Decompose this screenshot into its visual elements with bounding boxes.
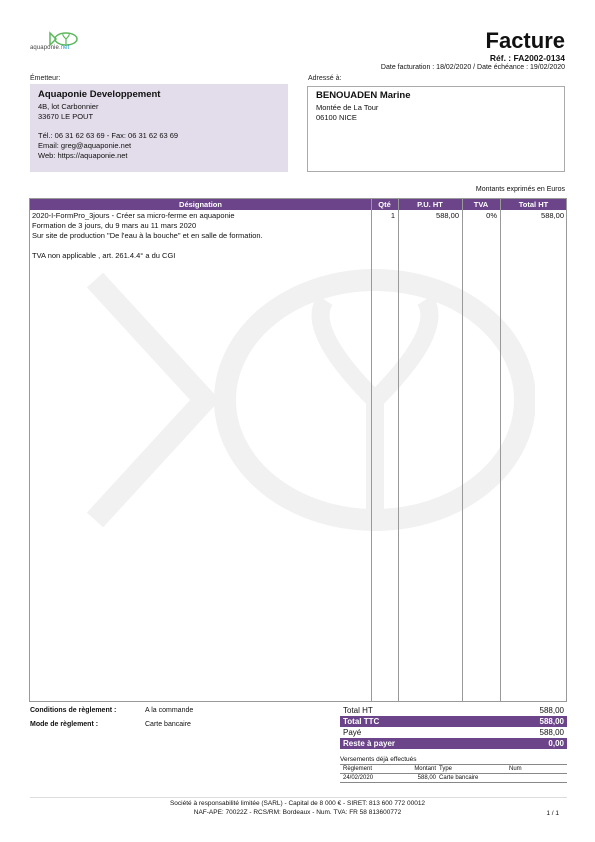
payments-table: Versements déjà effectués Règlement Mont…: [340, 756, 567, 783]
page-number: 1 / 1: [546, 810, 559, 817]
recipient-box: BENOUADEN Marine Montée de La Tour 06100…: [307, 86, 565, 172]
column-divider: [500, 199, 501, 701]
footer-divider: [30, 797, 567, 798]
remaining-row: Reste à payer0,00: [340, 738, 567, 749]
table-row: 2020-I-FormPro_3jours - Créer sa micro-f…: [32, 211, 370, 261]
total-ht-row: Total HT588,00: [340, 705, 567, 716]
column-divider: [462, 199, 463, 701]
designation-line: Formation de 3 jours, du 9 mars au 11 ma…: [32, 221, 370, 231]
payment-num: [509, 774, 559, 782]
payments-header-amount: Montant: [398, 765, 439, 773]
payment-mode-value: Carte bancaire: [145, 721, 265, 728]
total-cell: 588,00: [500, 211, 564, 221]
total-ttc-value: 588,00: [540, 716, 564, 727]
designation-line: Sur site de production "De l'eau à la bo…: [32, 231, 370, 241]
footer-legal-line1: Société à responsabilité limitée (SARL) …: [0, 800, 595, 807]
total-ttc-label: Total TTC: [343, 716, 379, 727]
invoice-reference: Réf. : FA2002-0134: [490, 53, 565, 63]
recipient-address1: Montée de La Tour: [316, 103, 556, 113]
designation-line: 2020-I-FormPro_3jours - Créer sa micro-f…: [32, 211, 370, 221]
total-ht-label: Total HT: [343, 705, 373, 716]
invoice-dates: Date facturation : 18/02/2020 / Date éch…: [381, 64, 565, 71]
recipient-name: BENOUADEN Marine: [316, 91, 556, 101]
sender-box: Aquaponie Developpement 4B, lot Carbonni…: [30, 84, 288, 172]
recipient-label: Adressé à:: [308, 75, 341, 82]
header-unit-price: P.U. HT: [398, 199, 462, 210]
header-vat: TVA: [462, 199, 500, 210]
invoice-lines-table: Désignation Qté P.U. HT TVA Total HT 202…: [29, 198, 567, 702]
total-ht-value: 588,00: [540, 705, 564, 716]
remaining-value: 0,00: [548, 738, 564, 749]
fish-logo-icon: [28, 30, 88, 56]
paid-label: Payé: [343, 727, 361, 738]
remaining-label: Reste à payer: [343, 738, 395, 749]
paid-row: Payé588,00: [340, 727, 567, 738]
payment-terms-label: Conditions de règlement :: [30, 707, 116, 714]
payment-type: Carte bancaire: [439, 774, 509, 782]
header-designation: Désignation: [30, 199, 371, 210]
footer-legal-line2: NAF-APE: 70022Z - RCS/RM: Bordeaux - Num…: [0, 809, 595, 816]
paid-value: 588,00: [540, 727, 564, 738]
recipient-address2: 06100 NICE: [316, 113, 556, 123]
total-ttc-row: Total TTC588,00: [340, 716, 567, 727]
payments-header-type: Type: [439, 765, 509, 773]
payment-mode: Mode de règlement : Carte bancaire: [30, 721, 98, 728]
totals-block: Total HT588,00 Total TTC588,00 Payé588,0…: [340, 705, 567, 749]
payments-title: Versements déjà effectués: [340, 756, 567, 763]
payment-amount: 588,00: [398, 774, 439, 782]
column-divider: [371, 199, 372, 701]
sender-web: Web: https://aquaponie.net: [38, 151, 280, 161]
sender-address2: 33670 LE POUT: [38, 112, 280, 122]
header-qty: Qté: [371, 199, 398, 210]
payment-terms-value: A la commande: [145, 707, 265, 714]
payment-row: 24/02/2020 588,00 Carte bancaire: [340, 773, 567, 783]
designation-line: TVA non applicable , art. 261.4.4° a du …: [32, 251, 370, 261]
sender-label: Émetteur:: [30, 75, 60, 82]
sender-name: Aquaponie Developpement: [38, 90, 280, 100]
logo-text: aquaponie.net: [30, 45, 69, 51]
sender-address1: 4B, lot Carbonnier: [38, 102, 280, 112]
column-divider: [398, 199, 399, 701]
payments-header-num: Num: [509, 765, 559, 773]
payment-date: 24/02/2020: [343, 774, 398, 782]
payments-header: Règlement Montant Type Num: [340, 764, 567, 773]
vat-cell: 0%: [462, 211, 497, 221]
payment-mode-label: Mode de règlement :: [30, 721, 98, 728]
sender-email: Email: greg@aquaponie.net: [38, 141, 280, 151]
payments-header-date: Règlement: [343, 765, 398, 773]
qty-cell: 1: [371, 211, 395, 221]
currency-note: Montants exprimés en Euros: [476, 186, 565, 193]
unit-price-cell: 588,00: [398, 211, 459, 221]
header-total: Total HT: [500, 199, 567, 210]
sender-phone: Tél.: 06 31 62 63 69 - Fax: 06 31 62 63 …: [38, 131, 280, 141]
document-title: Facture: [486, 28, 565, 54]
payment-terms: Conditions de règlement : A la commande: [30, 707, 116, 714]
